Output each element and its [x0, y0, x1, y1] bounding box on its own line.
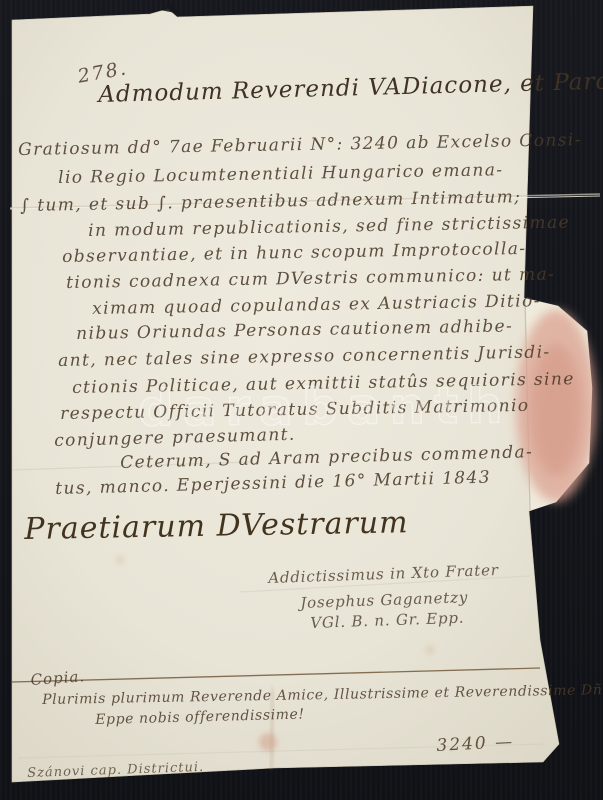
body-line-6: tionis coadnexa cum DVestris communico: …: [66, 264, 555, 293]
address-line-2: Eppe nobis offerendissime!: [95, 707, 305, 728]
signature-line-1: Addictissimus in Xto Frater: [268, 561, 499, 587]
body-line-9: ant, nec tales sine expresso concernenti…: [58, 342, 551, 371]
body-line-11: respectu Officii Tutoratus Subditis Matr…: [60, 396, 530, 424]
body-line-12: conjungere praesumant.: [54, 425, 296, 451]
address-line-1: Plurimis plurimum Reverende Amice, Illus…: [42, 682, 603, 708]
body-line-3: ∫ tum, et sub ∫. praesentibus adnexum In…: [20, 187, 521, 216]
handwriting-layer: 278. Admodum Reverendi VADiacone, et Par…: [0, 0, 603, 800]
body-line-10: ctionis Politicae, aut exmittii statûs s…: [72, 369, 575, 398]
copy-label: Copia.: [30, 667, 86, 689]
body-line-7: ximam quoad copulandas ex Austriacis Dit…: [92, 291, 541, 319]
body-line-4: in modum republicationis, sed fine stric…: [88, 213, 570, 241]
body-line-8: nibus Oriundas Personas cautionem adhibe…: [76, 316, 513, 344]
valediction-line: Praetiarum DVestrarum: [24, 505, 409, 547]
signature-line-3: VGl. B. n. Gr. Epp.: [310, 609, 465, 632]
body-line-1: Gratiosum dd° 7ae Februarii N°: 3240 ab …: [18, 130, 582, 160]
district-note: Szánovi cap. Districtui.: [27, 760, 204, 781]
body-line-5: observantiae, et in hunc scopum Improtoc…: [62, 239, 527, 267]
photo-background: 278. Admodum Reverendi VADiacone, et Par…: [0, 0, 603, 800]
body-line-2: lio Regio Locumtenentiali Hungarico eman…: [58, 160, 504, 188]
salutation-line: Admodum Reverendi VADiacone, et Parochi!: [98, 67, 603, 108]
reference-number: 3240 —: [436, 732, 515, 756]
